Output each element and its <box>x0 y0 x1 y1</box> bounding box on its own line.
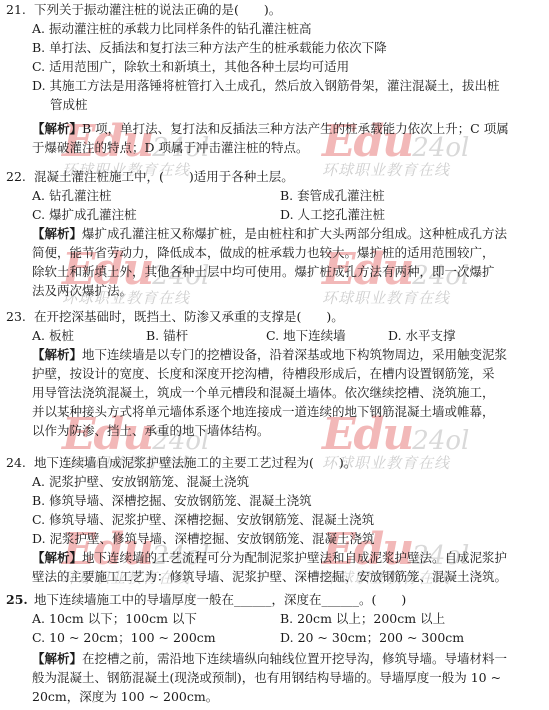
text: C. <box>266 328 279 343</box>
option-d: D. 泥浆护壁、修筑导墙、深槽挖掘、安放钢筋笼、混凝土浇筑 <box>32 531 375 547</box>
text: 并以某种接头方式将单元墙体系逐个地连接成一道连续的地下钢筋混凝土墙或帷幕， <box>32 404 495 419</box>
text: 泥浆护壁、修筑导墙、深槽挖掘、安放钢筋笼、混凝土浇筑 <box>50 531 375 546</box>
text: 壁法的主要施工工艺为：修筑导墙、泥浆护壁、深槽挖掘、安放钢筋笼、混凝土浇筑。 <box>32 569 507 584</box>
watermark-subtitle: 环球职业教育在线 <box>322 287 469 308</box>
option-b: B. 20cm 以上；200cm 以上 <box>280 611 445 627</box>
text: 【解析】 <box>32 226 82 241</box>
option-d-continuation: 管成桩 <box>50 97 88 113</box>
watermark-number: 24ol <box>412 426 469 456</box>
text: 其施工方法是用落锤将桩管打入土成孔，然后放入钢筋骨架，灌注混凝土，拔出桩 <box>50 78 500 93</box>
analysis: 【解析】地下连续墙是以专门的挖槽设备，沿着深基或地下构筑物周边，采用触变泥浆 <box>32 347 507 363</box>
text: 板桩 <box>49 328 74 343</box>
text: D. <box>32 78 46 93</box>
text: 振动灌注桩的承载力比同样条件的钻孔灌注桩高 <box>49 21 312 36</box>
text: D. <box>280 630 294 645</box>
option-c: C. 爆扩成孔灌注桩 <box>32 207 137 223</box>
question-stem: 下列关于振动灌注桩的说法正确的是( )。 <box>34 2 281 17</box>
text: 泥浆护壁、安放钢筋笼、混凝土浇筑 <box>49 474 249 489</box>
text: 爆扩成孔灌注桩又称爆扩桩，是由桩柱和扩大头两部分组成。这种桩成孔方法 <box>82 226 507 241</box>
text: 10cm 以下；100cm 以下 <box>49 611 197 626</box>
option-c: C. 10 ~ 20cm；100 ~ 200cm <box>32 630 216 646</box>
text: 水平支撑 <box>406 328 456 343</box>
text: B 项，单打法、复打法和反插法三种方法产生的桩承载能力依次上升；C 项属 <box>82 121 509 136</box>
text: 锚杆 <box>163 328 188 343</box>
analysis-line: 简便，能节省劳动力，降低成本，做成的桩承载力也较大。爆扩桩的适用范围较广， <box>32 245 495 261</box>
analysis: 【解析】在挖槽之前，需沿地下连续墙纵向轴线位置开挖导沟，修筑导墙。导墙材料一 <box>32 651 507 667</box>
text: B. <box>32 40 45 55</box>
text: 简便，能节省劳动力，降低成本，做成的桩承载力也较大。爆扩桩的适用范围较广， <box>32 245 495 260</box>
text: A. <box>32 21 45 36</box>
text: 在挖槽之前，需沿地下连续墙纵向轴线位置开挖导沟，修筑导墙。导墙材料一 <box>82 651 507 666</box>
analysis-line: 护壁，按设计的宽度、长度和深度开挖沟槽，待槽段形成后，在槽内设置钢筋笼，采 <box>32 366 495 382</box>
option-c: C. 适用范围广，除软土和新填土，其他各种土层均可适用 <box>32 59 349 75</box>
option-b: B. 修筑导墙、深槽挖掘、安放钢筋笼、混凝土浇筑 <box>32 493 312 509</box>
text: A. <box>32 328 45 343</box>
question-number: 21. <box>6 2 34 18</box>
text: 在开挖深基础时，既挡土、防渗又承重的支撑是( )。 <box>34 309 344 324</box>
analysis: 【解析】地下连续墙的工艺流程可分为配制泥浆护壁法和自成泥浆护壁法。自成泥浆护 <box>32 550 507 566</box>
option-a: A. 10cm 以下；100cm 以下 <box>32 611 197 627</box>
analysis-label: 【解析】 <box>32 121 82 136</box>
text: 20cm 以上；200cm 以上 <box>297 611 445 626</box>
analysis-line: 壁法的主要施工工艺为：修筑导墙、泥浆护壁、深槽挖掘、安放钢筋笼、混凝土浇筑。 <box>32 569 507 585</box>
watermark-number: 24ol <box>412 133 469 163</box>
text: 爆扩成孔灌注桩 <box>49 207 137 222</box>
question-25-stem: 25.地下连续墙施工中的导墙厚度一般在______，深度在______。( ) <box>6 592 406 608</box>
text: A. <box>32 188 45 203</box>
text: D. <box>32 531 46 546</box>
text: C. <box>32 512 45 527</box>
text: 除软土和新填土外，其他各种土层中均可使用。爆扩桩成孔方法有两种，即一次爆扩 <box>32 264 495 279</box>
analysis: 【解析】B 项，单打法、复打法和反插法三种方法产生的桩承载能力依次上升；C 项属 <box>32 121 509 137</box>
question-24-stem: 24.地下连续墙自成泥浆护壁法施工的主要工艺过程为( )。 <box>6 455 356 471</box>
text: 混凝土灌注桩施工中，( )适用于各种土层。 <box>34 169 294 184</box>
text: 【解析】 <box>32 550 82 565</box>
text: 10 ~ 20cm；100 ~ 200cm <box>49 630 216 645</box>
analysis-line: 般为混凝土、钢筋混凝土(现浇或预制)，也有用钢结构导墙的。导墙厚度一般为 10 … <box>32 670 501 686</box>
text: 以作为防渗、挡土、承重的地下墙体结构。 <box>32 423 270 438</box>
text: 人工挖孔灌注桩 <box>298 207 386 222</box>
text: 于爆破灌注的特点；D 项属于冲击灌注桩的特点。 <box>32 140 309 155</box>
option-a: A. 钻孔灌注桩 <box>32 188 112 204</box>
option-a: A. 振动灌注桩的承载力比同样条件的钻孔灌注桩高 <box>32 21 312 37</box>
analysis-line: 法及两次爆扩法。 <box>32 283 132 299</box>
question-21-stem: 21.下列关于振动灌注桩的说法正确的是( )。 <box>6 2 281 18</box>
option-a: A. 泥浆护壁、安放钢筋笼、混凝土浇筑 <box>32 474 249 490</box>
text: 修筑导墙、泥浆护壁、深槽挖掘、安放钢筋笼、混凝土浇筑 <box>49 512 374 527</box>
text: 地下连续墙 <box>283 328 346 343</box>
text: D. <box>388 328 402 343</box>
analysis-line: 并以某种接头方式将单元墙体系逐个地连接成一道连续的地下钢筋混凝土墙或帷幕， <box>32 404 495 420</box>
text: 地下连续墙自成泥浆护壁法施工的主要工艺过程为( )。 <box>34 455 356 470</box>
text: 修筑导墙、深槽挖掘、安放钢筋笼、混凝土浇筑 <box>49 493 312 508</box>
text: B. <box>146 328 159 343</box>
text: 【解析】 <box>32 347 82 362</box>
text: 23. <box>6 309 34 325</box>
option-b: B. 单打法、反插法和复打法三种方法产生的桩承载能力依次下降 <box>32 40 387 56</box>
text: 用导管法浇筑混凝土，筑成一个单元槽段和混凝土墙体。依次继续挖槽、浇筑施工， <box>32 385 495 400</box>
text: B. <box>280 611 293 626</box>
question-23-stem: 23.在开挖深基础时，既挡土、防渗又承重的支撑是( )。 <box>6 309 344 325</box>
text: 般为混凝土、钢筋混凝土(现浇或预制)，也有用钢结构导墙的。导墙厚度一般为 10 … <box>32 670 501 685</box>
text: C. <box>32 630 45 645</box>
text: 法及两次爆扩法。 <box>32 283 132 298</box>
text: B. <box>32 493 45 508</box>
text: C. <box>32 59 45 74</box>
text: B. <box>280 188 293 203</box>
option-b: B. 套管成孔灌注桩 <box>280 188 385 204</box>
text: 单打法、反插法和复打法三种方法产生的桩承载能力依次下降 <box>49 40 387 55</box>
text: 22. <box>6 169 34 185</box>
option-d: D. 人工挖孔灌注桩 <box>280 207 385 223</box>
option-b: B. 锚杆 <box>146 328 188 344</box>
text: 套管成孔灌注桩 <box>297 188 385 203</box>
option-c: C. 修筑导墙、泥浆护壁、深槽挖掘、安放钢筋笼、混凝土浇筑 <box>32 512 374 528</box>
option-d: D. 其施工方法是用落锤将桩管打入土成孔，然后放入钢筋骨架，灌注混凝土，拔出桩 <box>32 78 500 94</box>
text: A. <box>32 611 45 626</box>
text: 地下连续墙是以专门的挖槽设备，沿着深基或地下构筑物周边，采用触变泥浆 <box>82 347 507 362</box>
text: 25. <box>6 592 34 608</box>
text: 适用范围广，除软土和新填土，其他各种土层均可适用 <box>49 59 349 74</box>
text: 地下连续墙的工艺流程可分为配制泥浆护壁法和自成泥浆护壁法。自成泥浆护 <box>82 550 507 565</box>
watermark-subtitle: 环球职业教育在线 <box>322 159 469 180</box>
text: 钻孔灌注桩 <box>49 188 112 203</box>
option-d: D. 水平支撑 <box>388 328 456 344</box>
analysis-line: 以作为防渗、挡土、承重的地下墙体结构。 <box>32 423 270 439</box>
text: 24. <box>6 455 34 471</box>
text: 地下连续墙施工中的导墙厚度一般在______，深度在______。( ) <box>34 592 406 607</box>
text: C. <box>32 207 45 222</box>
question-22-stem: 22.混凝土灌注桩施工中，( )适用于各种土层。 <box>6 169 294 185</box>
text: 20cm，深度为 100 ~ 200cm。 <box>32 689 218 704</box>
text: 【解析】 <box>32 651 82 666</box>
option-c: C. 地下连续墙 <box>266 328 346 344</box>
analysis-line: 20cm，深度为 100 ~ 200cm。 <box>32 689 218 705</box>
text: D. <box>280 207 294 222</box>
analysis-line: 用导管法浇筑混凝土，筑成一个单元槽段和混凝土墙体。依次继续挖槽、浇筑施工， <box>32 385 495 401</box>
text: 护壁，按设计的宽度、长度和深度开挖沟槽，待槽段形成后，在槽内设置钢筋笼，采 <box>32 366 495 381</box>
analysis-line: 于爆破灌注的特点；D 项属于冲击灌注桩的特点。 <box>32 140 309 156</box>
text: 管成桩 <box>50 97 88 112</box>
text: A. <box>32 474 45 489</box>
analysis-line: 除软土和新填土外，其他各种土层中均可使用。爆扩桩成孔方法有两种，即一次爆扩 <box>32 264 495 280</box>
analysis: 【解析】爆扩成孔灌注桩又称爆扩桩，是由桩柱和扩大头两部分组成。这种桩成孔方法 <box>32 226 507 242</box>
text: 20 ~ 30cm；200 ~ 300cm <box>298 630 465 645</box>
option-d: D. 20 ~ 30cm；200 ~ 300cm <box>280 630 464 646</box>
option-a: A. 板桩 <box>32 328 74 344</box>
